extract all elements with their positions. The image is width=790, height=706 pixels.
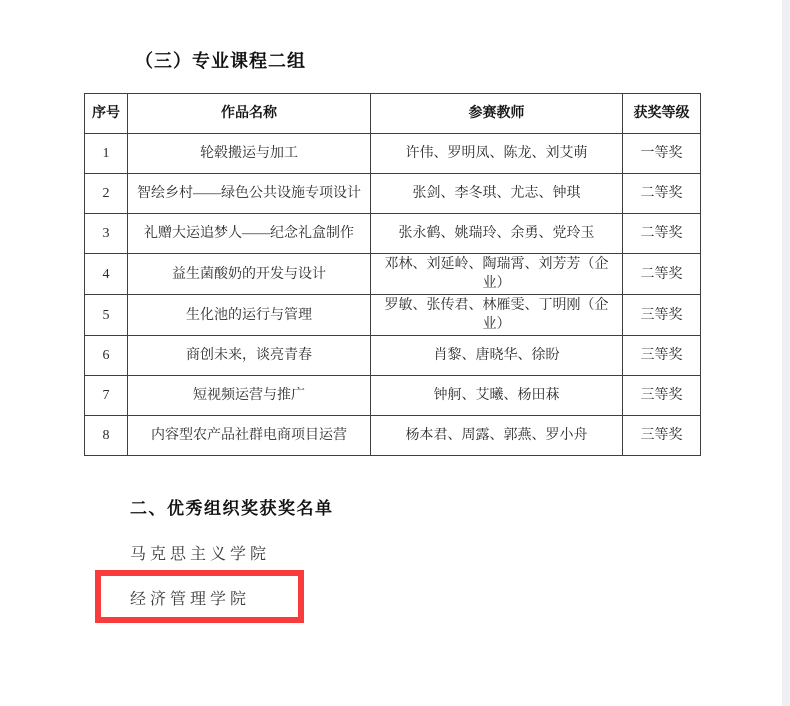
award-level-cell: 三等奖 xyxy=(623,376,701,416)
award-level-cell: 三等奖 xyxy=(623,416,701,456)
row-number-cell: 6 xyxy=(85,336,128,376)
work-name-cell: 智绘乡村——绿色公共设施专项设计 xyxy=(128,174,371,214)
work-name-cell: 礼赠大运追梦人——纪念礼盒制作 xyxy=(128,214,371,254)
teachers-cell: 许伟、罗明凤、陈龙、刘艾萌 xyxy=(371,134,623,174)
award-level-cell: 三等奖 xyxy=(623,295,701,336)
award-level-cell: 二等奖 xyxy=(623,254,701,295)
award-level-cell: 二等奖 xyxy=(623,174,701,214)
row-number-cell: 5 xyxy=(85,295,128,336)
row-number-cell: 8 xyxy=(85,416,128,456)
awards-table: 序号 作品名称 参赛教师 获奖等级 1 轮毂搬运与加工 许伟、罗明凤、陈龙、刘艾… xyxy=(84,93,701,456)
column-header-index: 序号 xyxy=(85,94,128,134)
work-name-cell: 内容型农产品社群电商项目运营 xyxy=(128,416,371,456)
table-row: 6 商创未来，谈亮青春 肖黎、唐晓华、徐盼 三等奖 xyxy=(85,336,701,376)
teachers-cell: 杨本君、周露、郭燕、罗小舟 xyxy=(371,416,623,456)
award-level-cell: 二等奖 xyxy=(623,214,701,254)
table-row: 4 益生菌酸奶的开发与设计 邓林、刘延岭、陶瑞霄、刘芳芳（企业） 二等奖 xyxy=(85,254,701,295)
row-number-cell: 4 xyxy=(85,254,128,295)
teachers-cell: 钟舸、艾曦、杨田菻 xyxy=(371,376,623,416)
table-row: 3 礼赠大运追梦人——纪念礼盒制作 张永鹤、姚瑞玲、余勇、党玲玉 二等奖 xyxy=(85,214,701,254)
document-page: （三）专业课程二组 序号 作品名称 参赛教师 获奖等级 1 轮毂搬运与加工 许伟… xyxy=(0,0,790,706)
row-number-cell: 2 xyxy=(85,174,128,214)
award-level-cell: 一等奖 xyxy=(623,134,701,174)
row-number-cell: 1 xyxy=(85,134,128,174)
highlight-rectangle xyxy=(95,570,304,623)
teachers-cell: 罗敏、张传君、林雁雯、丁明刚（企业） xyxy=(371,295,623,336)
table-row: 1 轮毂搬运与加工 许伟、罗明凤、陈龙、刘艾萌 一等奖 xyxy=(85,134,701,174)
teachers-cell: 张永鹤、姚瑞玲、余勇、党玲玉 xyxy=(371,214,623,254)
row-number-cell: 3 xyxy=(85,214,128,254)
section-1-title: （三）专业课程二组 xyxy=(135,47,306,73)
page-edge-strip xyxy=(782,0,790,706)
table-row: 7 短视频运营与推广 钟舸、艾曦、杨田菻 三等奖 xyxy=(85,376,701,416)
teachers-cell: 邓林、刘延岭、陶瑞霄、刘芳芳（企业） xyxy=(371,254,623,295)
work-name-cell: 商创未来，谈亮青春 xyxy=(128,336,371,376)
table-header-row: 序号 作品名称 参赛教师 获奖等级 xyxy=(85,94,701,134)
work-name-cell: 短视频运营与推广 xyxy=(128,376,371,416)
work-name-cell: 益生菌酸奶的开发与设计 xyxy=(128,254,371,295)
teachers-cell: 张剑、李冬琪、尤志、钟琪 xyxy=(371,174,623,214)
column-header-award-level: 获奖等级 xyxy=(623,94,701,134)
column-header-work-name: 作品名称 xyxy=(128,94,371,134)
table-row: 8 内容型农产品社群电商项目运营 杨本君、周露、郭燕、罗小舟 三等奖 xyxy=(85,416,701,456)
table-row: 5 生化池的运行与管理 罗敏、张传君、林雁雯、丁明刚（企业） 三等奖 xyxy=(85,295,701,336)
section-2-title: 二、优秀组织奖获奖名单 xyxy=(130,494,334,519)
org-winner-item-1: 马克思主义学院 xyxy=(130,541,270,564)
work-name-cell: 轮毂搬运与加工 xyxy=(128,134,371,174)
teachers-cell: 肖黎、唐晓华、徐盼 xyxy=(371,336,623,376)
column-header-teachers: 参赛教师 xyxy=(371,94,623,134)
table-row: 2 智绘乡村——绿色公共设施专项设计 张剑、李冬琪、尤志、钟琪 二等奖 xyxy=(85,174,701,214)
award-level-cell: 三等奖 xyxy=(623,336,701,376)
work-name-cell: 生化池的运行与管理 xyxy=(128,295,371,336)
row-number-cell: 7 xyxy=(85,376,128,416)
